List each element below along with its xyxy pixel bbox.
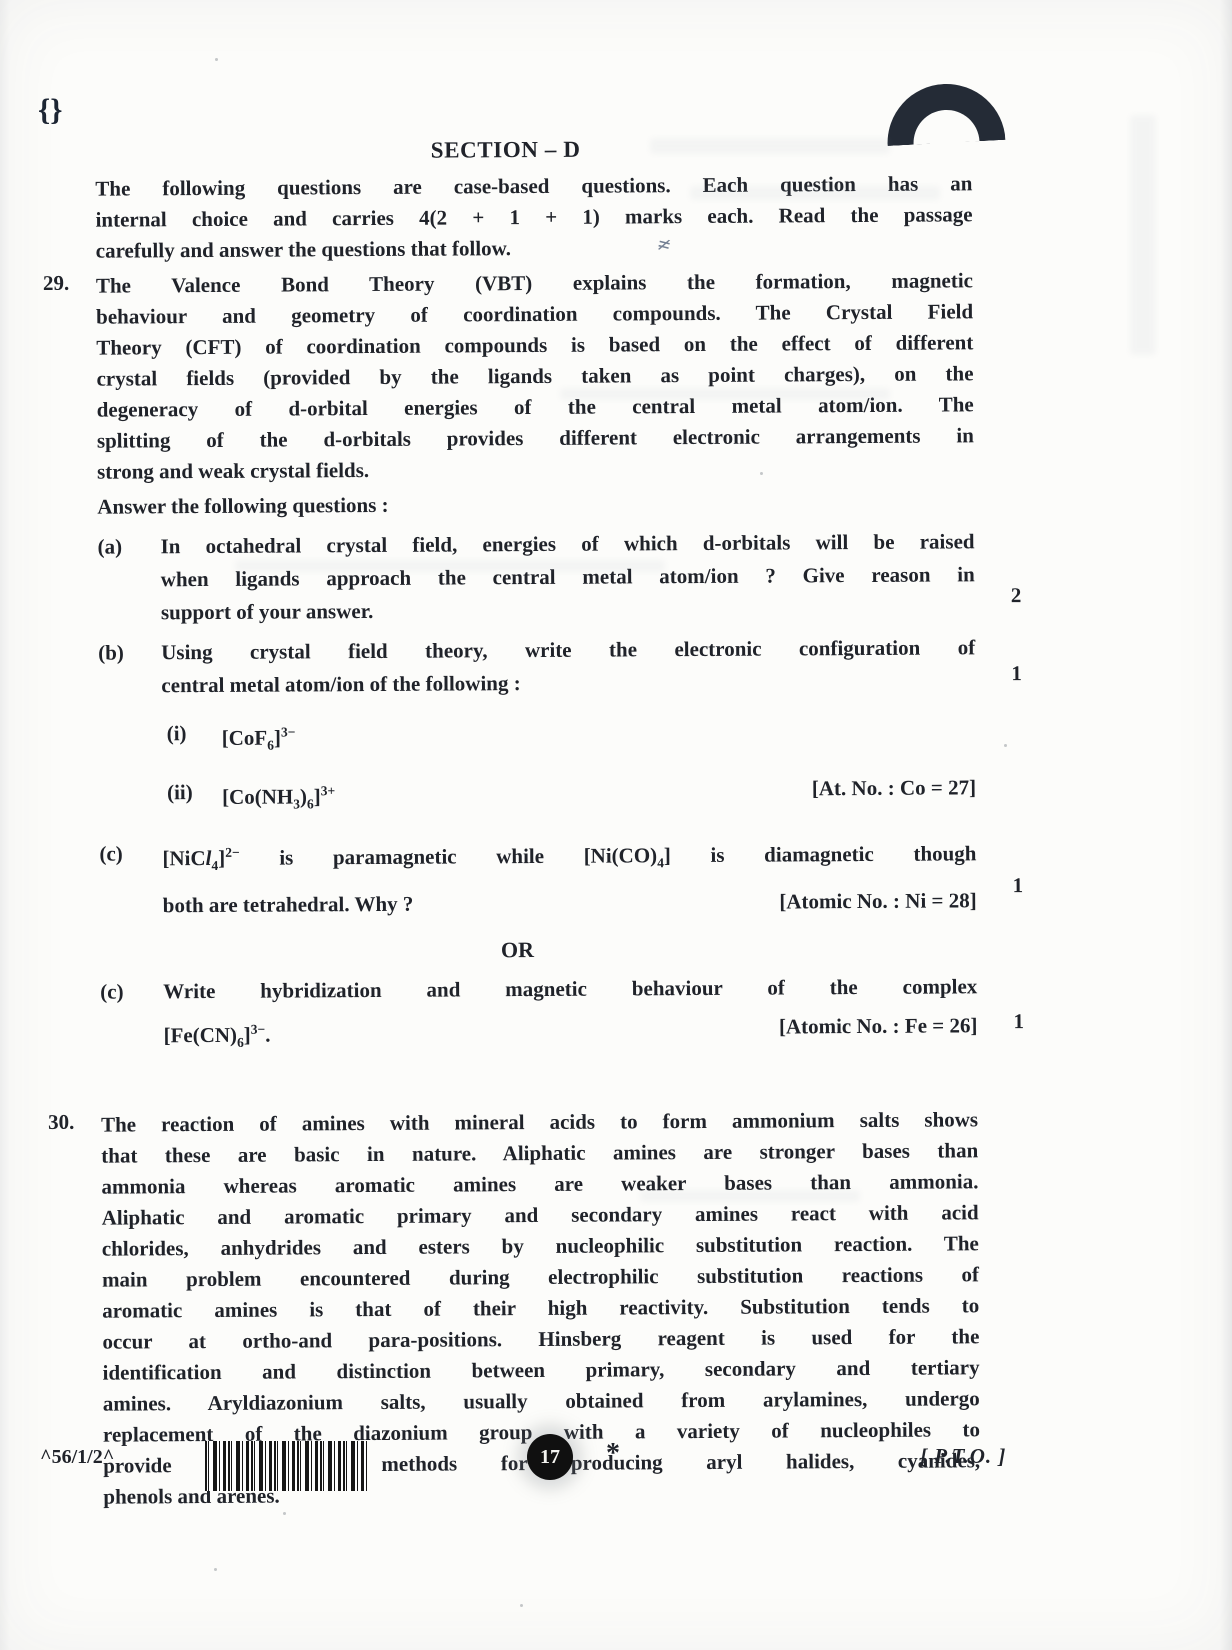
item-i-label: (i) bbox=[167, 718, 222, 748]
text-line: carefully and answer the questions that … bbox=[96, 230, 973, 266]
scan-speck bbox=[1004, 744, 1007, 747]
q29-part-b: (b) Using crystal field theory, write th… bbox=[98, 631, 975, 702]
part-a-label: (a) bbox=[97, 530, 161, 629]
part-c-line-2: both are tetrahedral. Why ? [Atomic No. … bbox=[163, 880, 977, 925]
page-number-badge: 17 bbox=[527, 1434, 573, 1480]
q29-part-a: (a) In octahedral crystal field, energie… bbox=[97, 525, 975, 629]
formula-nico4: [Ni(CO)4] bbox=[584, 843, 671, 868]
q29-answer-prompt: Answer the following questions : bbox=[97, 484, 974, 523]
or-separator: OR bbox=[100, 935, 935, 966]
formula-fecn6: [Fe(CN)6]3−. bbox=[163, 1010, 270, 1064]
formula-superscript: 2− bbox=[225, 845, 240, 860]
text-line: internal choice and carries 4(2 + 1 + 1)… bbox=[95, 199, 972, 235]
text-line: In octahedral crystal field, energies of… bbox=[160, 525, 974, 563]
q29-part-c: (c) [NiCl4]2− is paramagnetic while [Ni(… bbox=[99, 829, 977, 925]
page-content: SECTION – D The following questions are … bbox=[42, 124, 980, 1513]
scan-speck bbox=[215, 58, 218, 61]
question-30: 30. The reaction of amines with mineral … bbox=[48, 1104, 980, 1513]
formula-segment: [Ni(CO) bbox=[584, 843, 658, 867]
question-30-number: 30. bbox=[48, 1110, 101, 1135]
pto-label: [ P.T.O. ] bbox=[920, 1444, 1006, 1469]
part-c-alt-line-1: Write hybridization and magnetic behavio… bbox=[163, 967, 977, 1010]
part-c-alt-label: (c) bbox=[100, 972, 164, 1063]
formula-segment: ) bbox=[300, 784, 307, 808]
question-29-body: The Valence Bond Theory (VBT) explains t… bbox=[96, 265, 978, 1063]
part-a-marks: 2 bbox=[1011, 583, 1045, 608]
formula-segment: [CoF bbox=[222, 726, 268, 750]
part-c-text: [NiCl4]2− is paramagnetic while [Ni(CO)4… bbox=[162, 829, 977, 925]
text-line: Using crystal field theory, write the el… bbox=[161, 631, 975, 669]
part-c-question: both are tetrahedral. Why ? bbox=[163, 884, 414, 926]
text-line: when ligands approach the central metal … bbox=[161, 558, 975, 596]
formula-cof6: [CoF6]3− bbox=[222, 717, 296, 760]
q29-part-c-alt: (c) Write hybridization and magnetic beh… bbox=[100, 967, 978, 1063]
atomic-number-note-co: [At. No. : Co = 27] bbox=[812, 772, 976, 803]
paper-code: ^56/1/2^ bbox=[40, 1446, 114, 1469]
question-29: 29. The Valence Bond Theory (VBT) explai… bbox=[43, 265, 978, 1064]
part-b-label: (b) bbox=[98, 636, 161, 702]
question-29-number: 29. bbox=[43, 271, 96, 296]
item-ii-label: (ii) bbox=[167, 777, 222, 807]
q29-part-b-item-i: (i) [CoF6]3− bbox=[99, 713, 976, 761]
formula-superscript: 3− bbox=[251, 1022, 266, 1037]
formula-segment: [Co(NH bbox=[222, 784, 293, 808]
formula-superscript: 3+ bbox=[321, 783, 336, 798]
part-b-marks: 1 bbox=[1011, 661, 1045, 686]
scan-speck bbox=[214, 1568, 217, 1571]
part-c-alt-text: Write hybridization and magnetic behavio… bbox=[163, 967, 978, 1063]
section-title: SECTION – D bbox=[95, 135, 916, 166]
part-a-text: In octahedral crystal field, energies of… bbox=[160, 525, 975, 629]
atomic-number-note-ni: [Atomic No. : Ni = 28] bbox=[779, 880, 977, 921]
page-number: 17 bbox=[540, 1446, 560, 1469]
part-c-label: (c) bbox=[99, 834, 163, 925]
formula-segment: [Fe(CN) bbox=[163, 1023, 237, 1047]
scan-speck bbox=[760, 472, 763, 475]
scan-speck bbox=[520, 1604, 523, 1607]
formula-segment: [NiC bbox=[162, 846, 205, 870]
text-line: strong and weak crystal fields. bbox=[97, 451, 974, 487]
part-b-text: Using crystal field theory, write the el… bbox=[161, 631, 975, 702]
text-line: central metal atom/ion of the following … bbox=[161, 664, 975, 702]
part-c-text-2: is diamagnetic though bbox=[710, 841, 976, 867]
q29-passage: The Valence Bond Theory (VBT) explains t… bbox=[96, 265, 974, 487]
part-c-alt-line-2: [Fe(CN)6]3−. [Atomic No. : Fe = 26] bbox=[163, 1005, 977, 1063]
scan-speck bbox=[283, 1512, 286, 1515]
barcode-icon bbox=[205, 1441, 367, 1491]
formula-co-nh3-6: [Co(NH3)6]3+ bbox=[222, 776, 335, 820]
part-c-text-1: is paramagnetic while bbox=[279, 844, 544, 870]
section-instructions: The following questions are case-based q… bbox=[95, 168, 973, 266]
text-line: support of your answer. bbox=[161, 591, 975, 629]
formula-segment: . bbox=[265, 1023, 270, 1047]
scan-smudge bbox=[1130, 115, 1156, 355]
star-mark: * bbox=[606, 1438, 620, 1470]
scanned-exam-page: {} SECTION – D The following questions a… bbox=[0, 0, 1232, 1650]
text-line: splitting of the d-orbitals provides dif… bbox=[97, 420, 974, 456]
part-c-alt-marks: 1 bbox=[1013, 1009, 1047, 1034]
q29-part-b-item-ii: (ii) [Co(NH3)6]3+ [At. No. : Co = 27] bbox=[99, 772, 976, 820]
formula-nicl4: [NiCl4]2− bbox=[162, 846, 239, 870]
formula-segment: ] bbox=[664, 843, 671, 867]
corner-brace-mark: {} bbox=[38, 92, 62, 128]
formula-superscript: 3− bbox=[281, 724, 296, 739]
part-c-marks: 1 bbox=[1013, 873, 1047, 898]
atomic-number-note-fe: [Atomic No. : Fe = 26] bbox=[779, 1005, 978, 1059]
part-c-line-1: [NiCl4]2− is paramagnetic while [Ni(CO)4… bbox=[162, 829, 976, 885]
